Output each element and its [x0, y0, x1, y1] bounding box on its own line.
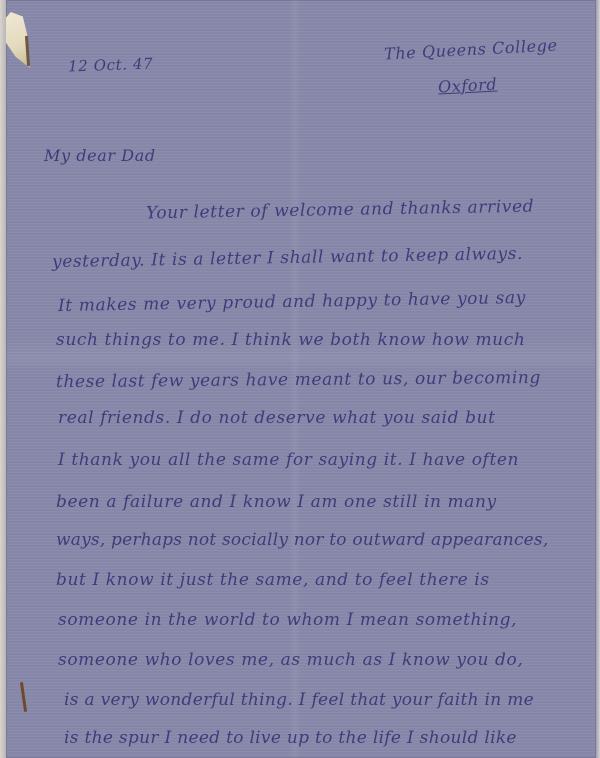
letter-date: 12 Oct. 47	[68, 55, 154, 76]
body-line: such things to me. I think we both know …	[56, 330, 525, 350]
body-line: ways, perhaps not socially nor to outwar…	[56, 530, 548, 550]
body-line: these last few years have meant to us, o…	[56, 368, 541, 392]
body-line: been a failure and I know I am one still…	[56, 492, 497, 512]
body-line: real friends. I do not deserve what you …	[58, 408, 496, 428]
body-line: someone in the world to whom I mean some…	[58, 610, 517, 630]
scan-right-edge	[596, 0, 600, 758]
body-line: but I know it just the same, and to feel…	[56, 570, 490, 590]
body-line: I thank you all the same for saying it. …	[58, 450, 519, 470]
rust-mark	[20, 682, 27, 712]
salutation: My dear Dad	[44, 146, 156, 165]
body-line: is a very wonderful thing. I feel that y…	[64, 690, 534, 710]
body-line: Your letter of welcome and thanks arrive…	[146, 197, 534, 224]
address-line-city: Oxford	[438, 74, 498, 96]
letter-page: 12 Oct. 47 The Queens College Oxford My …	[6, 0, 596, 758]
body-line: is the spur I need to live up to the lif…	[64, 728, 517, 748]
body-line: It makes me very proud and happy to have…	[58, 288, 526, 316]
body-line: someone who loves me, as much as I know …	[58, 650, 523, 670]
address-line-college: The Queens College	[384, 35, 558, 63]
body-line: yesterday. It is a letter I shall want t…	[52, 244, 523, 272]
